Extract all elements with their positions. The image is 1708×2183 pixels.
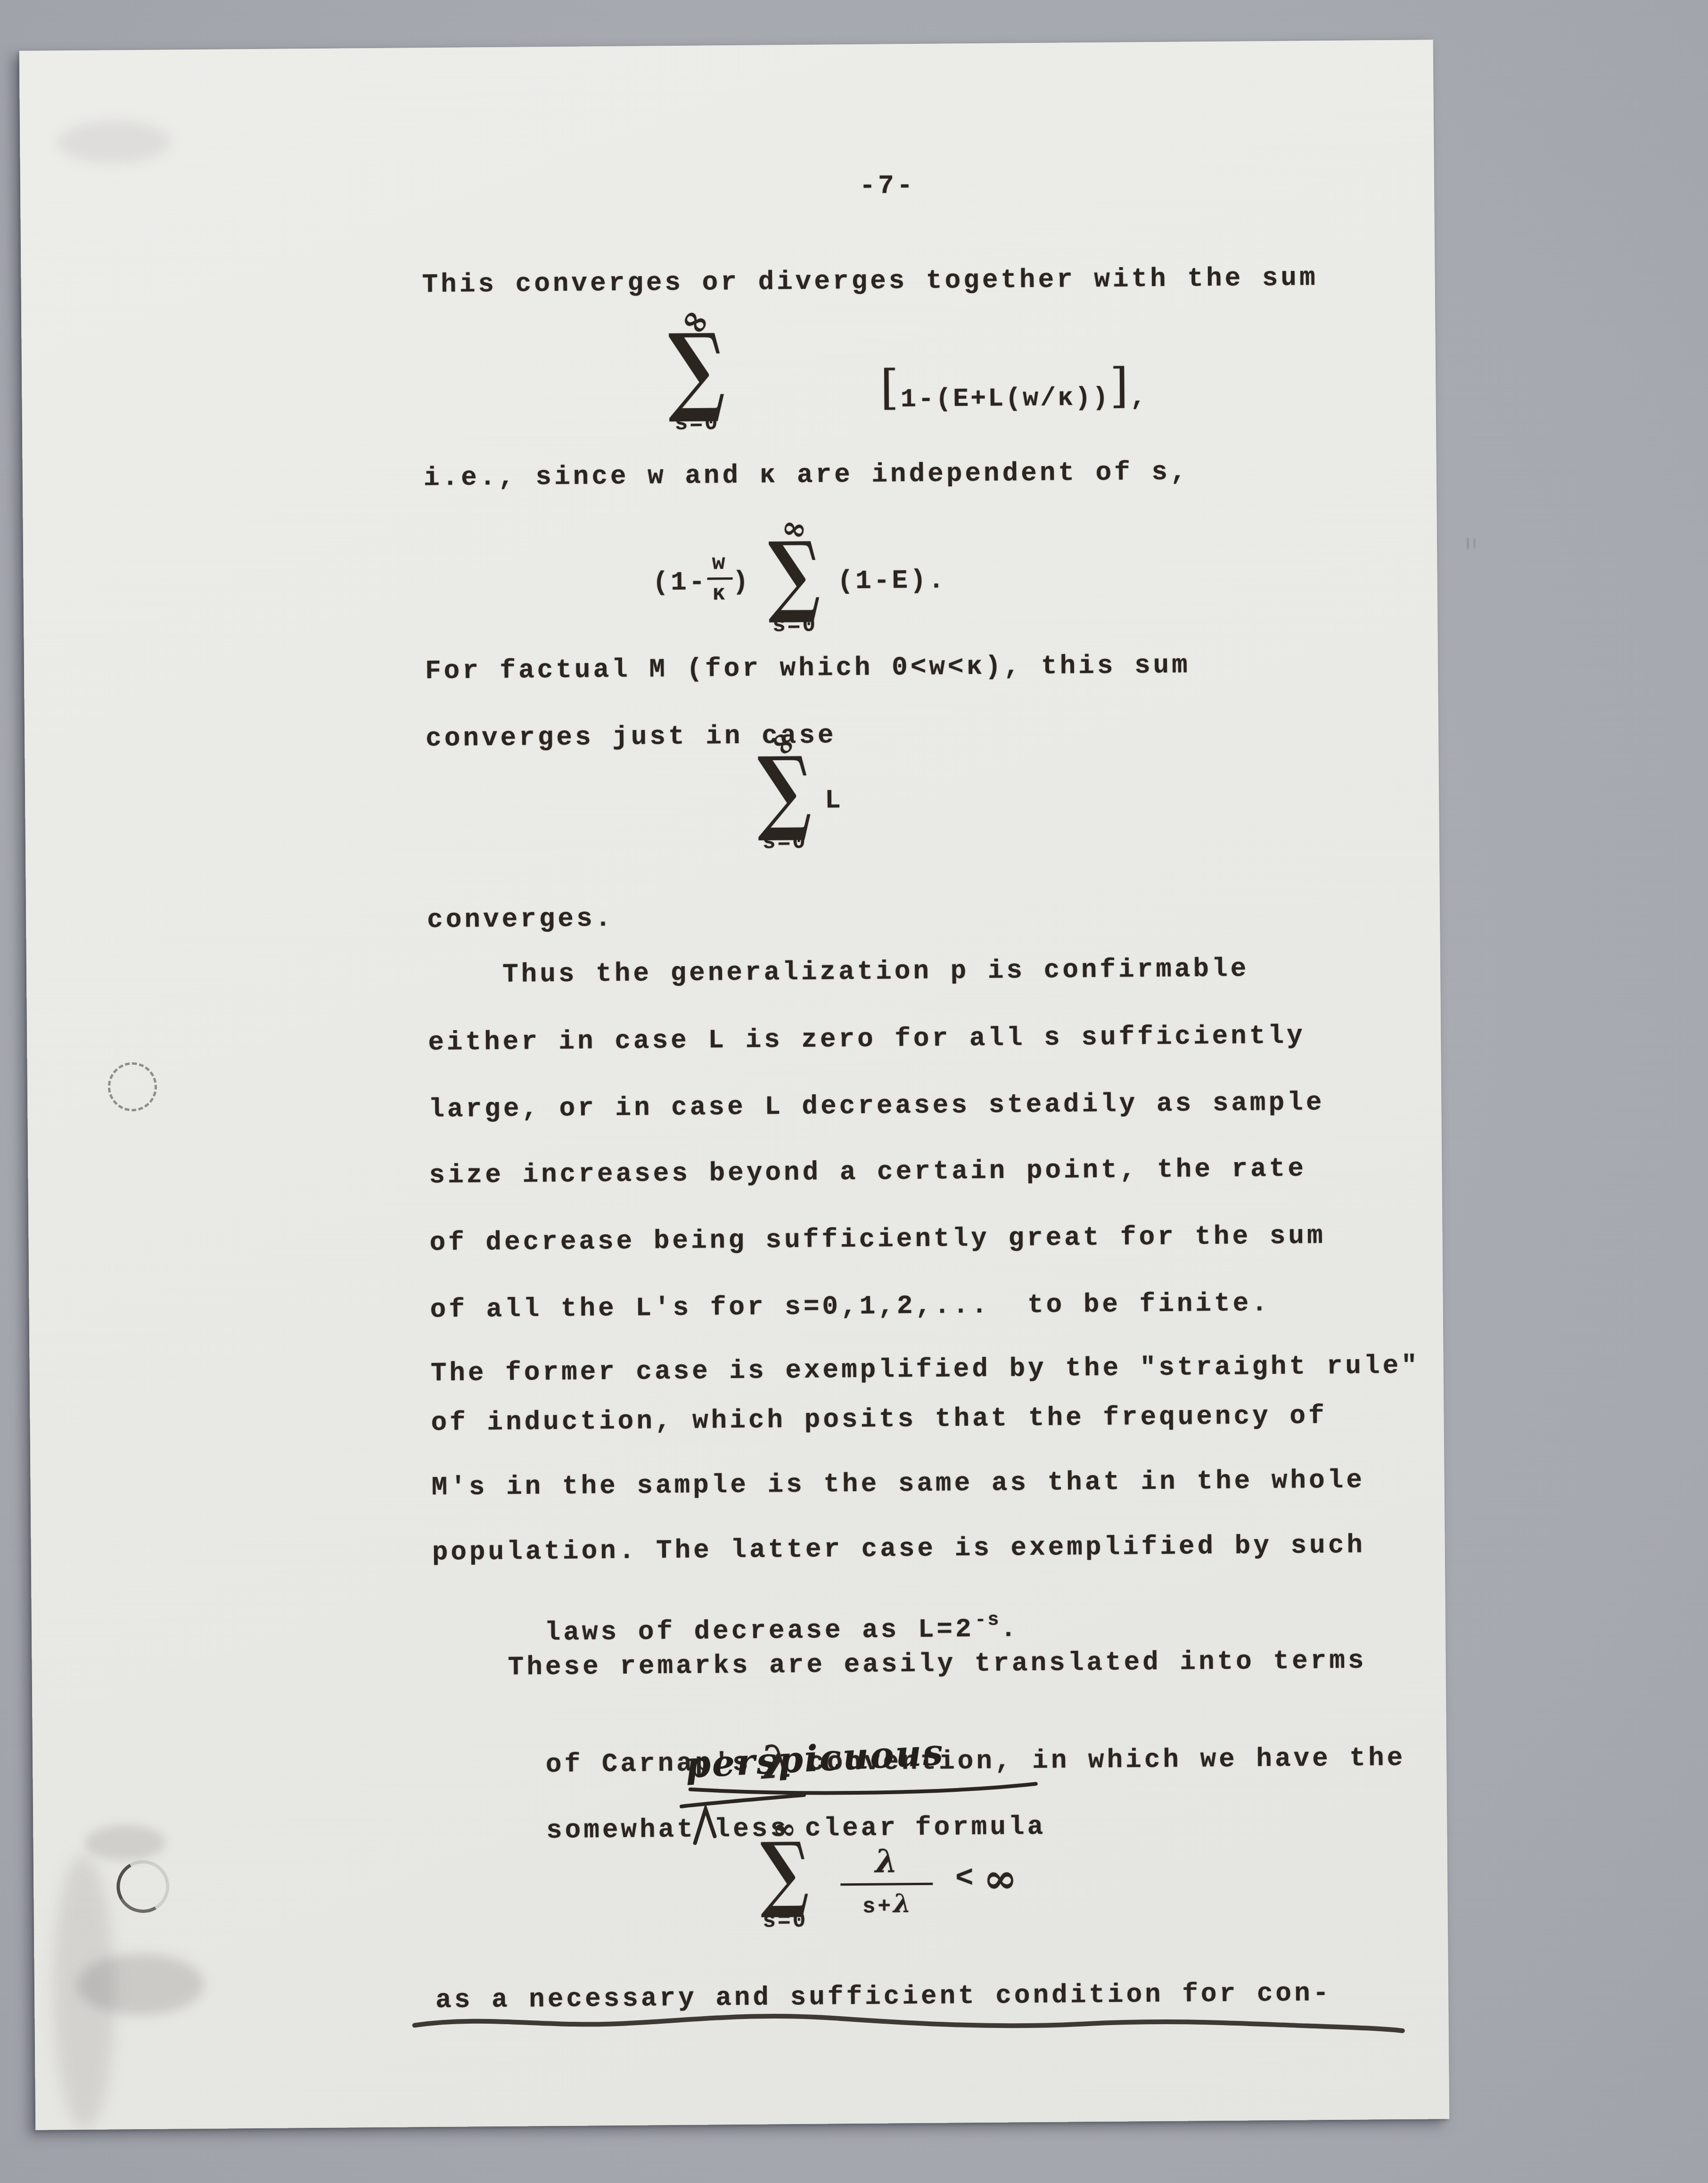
summand-expression: (1-E). bbox=[837, 565, 946, 596]
typed-line: of decrease being sufficiently great for… bbox=[429, 1220, 1326, 1259]
trailing-comma: , bbox=[1130, 383, 1148, 412]
laws-post: . bbox=[1000, 1614, 1019, 1644]
left-bracket: [ bbox=[880, 360, 901, 415]
paper-sheet: -7- This converges or diverges together … bbox=[19, 40, 1450, 2130]
summand-expression: L bbox=[825, 785, 843, 815]
smudge-mark bbox=[85, 1825, 165, 1861]
summation-formula-1: ∞ ∑ s=0 [1-(E+L(w/κ))], bbox=[660, 300, 1148, 446]
open-paren: (1- bbox=[652, 567, 707, 598]
denominator-pre: s+ bbox=[862, 1894, 894, 1919]
sigma-symbol: ∑ bbox=[668, 333, 725, 407]
summation-symbol-group: ∞ ∑ s=0 bbox=[753, 1815, 816, 1934]
smudge-mark bbox=[52, 1855, 116, 2129]
summand-expression: [1-(E+L(w/κ))], bbox=[740, 353, 1148, 445]
sigma-symbol: ∑ bbox=[768, 541, 821, 609]
typed-line: of all the L's for s=0,1,2,... to be fin… bbox=[430, 1288, 1270, 1326]
scan-background: -7- This converges or diverges together … bbox=[0, 0, 1708, 2183]
correction-pre: somewhat less bbox=[546, 1814, 789, 1846]
summand-body: 1-(E+L(w/κ)) bbox=[901, 383, 1110, 414]
fraction-bar bbox=[840, 1883, 933, 1886]
summation-formula-2: (1- w κ ) ∞ ∑ s=0 (1-E). bbox=[652, 512, 947, 639]
close-paren: ) bbox=[732, 567, 751, 597]
hole-punch-top bbox=[108, 1062, 157, 1112]
summation-formula-3: ∞ ∑ s=0 L bbox=[749, 727, 844, 855]
infinity-symbol: ∞ bbox=[983, 1858, 1017, 1899]
laws-pre: laws of decrease as L=2 bbox=[545, 1614, 974, 1648]
fraction-numerator: λ bbox=[875, 1842, 898, 1880]
background-speck bbox=[1467, 537, 1469, 550]
typed-line: i.e., since w and κ are independent of s… bbox=[424, 456, 1189, 494]
sigma-symbol: ∑ bbox=[757, 755, 812, 826]
typed-line: M's in the sample is the same as that in… bbox=[431, 1465, 1365, 1504]
fraction-denominator: s+λ bbox=[862, 1888, 911, 1919]
typed-line: converges. bbox=[427, 903, 614, 936]
fraction-w-over-kappa: w κ bbox=[707, 551, 733, 606]
less-than-symbol: < bbox=[955, 1862, 976, 1896]
typed-line-struck: as a necessary and sufficient condition … bbox=[435, 1978, 1332, 2016]
typed-line: For factual M (for which 0<w<κ), this su… bbox=[425, 649, 1191, 687]
fraction-lambda: λ s+λ bbox=[840, 1842, 933, 1920]
typed-line-laws-of-decrease: laws of decrease as L=2-s. bbox=[432, 1582, 1019, 1681]
fraction-numerator: w bbox=[712, 551, 728, 575]
typed-line: population. The latter case is exemplifi… bbox=[432, 1530, 1366, 1569]
fraction-bar bbox=[707, 577, 732, 580]
typed-line: This converges or diverges together with… bbox=[422, 262, 1318, 301]
typed-line: size increases beyond a certain point, t… bbox=[429, 1153, 1306, 1191]
typed-line: large, or in case L decreases steadily a… bbox=[428, 1087, 1325, 1125]
right-bracket: ] bbox=[1109, 358, 1130, 413]
relation-group: < ∞ bbox=[955, 1858, 1018, 1899]
page-number: -7- bbox=[840, 170, 935, 203]
smudge-mark bbox=[76, 1953, 204, 2016]
summation-formula-4: ∞ ∑ s=0 λ s+λ < ∞ bbox=[753, 1813, 1018, 1933]
exponent: -s bbox=[975, 1610, 1000, 1631]
denominator-lambda: λ bbox=[893, 1888, 911, 1918]
sigma-symbol: ∑ bbox=[760, 1841, 809, 1904]
typed-line: either in case L is zero for all s suffi… bbox=[428, 1020, 1306, 1059]
typed-line: The former case is exemplified by the "s… bbox=[431, 1350, 1421, 1390]
smudge-mark bbox=[57, 120, 171, 164]
typed-line: Thus the generalization p is confirmable bbox=[502, 953, 1249, 991]
summation-symbol-group: ∞ ∑ s=0 bbox=[749, 727, 820, 855]
fraction-denominator: κ bbox=[712, 582, 728, 606]
background-speck bbox=[1473, 538, 1476, 549]
summation-symbol-group: ∞ ∑ s=0 bbox=[660, 304, 734, 436]
typed-line: of induction, which posits that the freq… bbox=[431, 1400, 1327, 1439]
summation-symbol-group: ∞ ∑ s=0 bbox=[761, 513, 829, 638]
hole-punch-bottom bbox=[111, 1855, 175, 1919]
